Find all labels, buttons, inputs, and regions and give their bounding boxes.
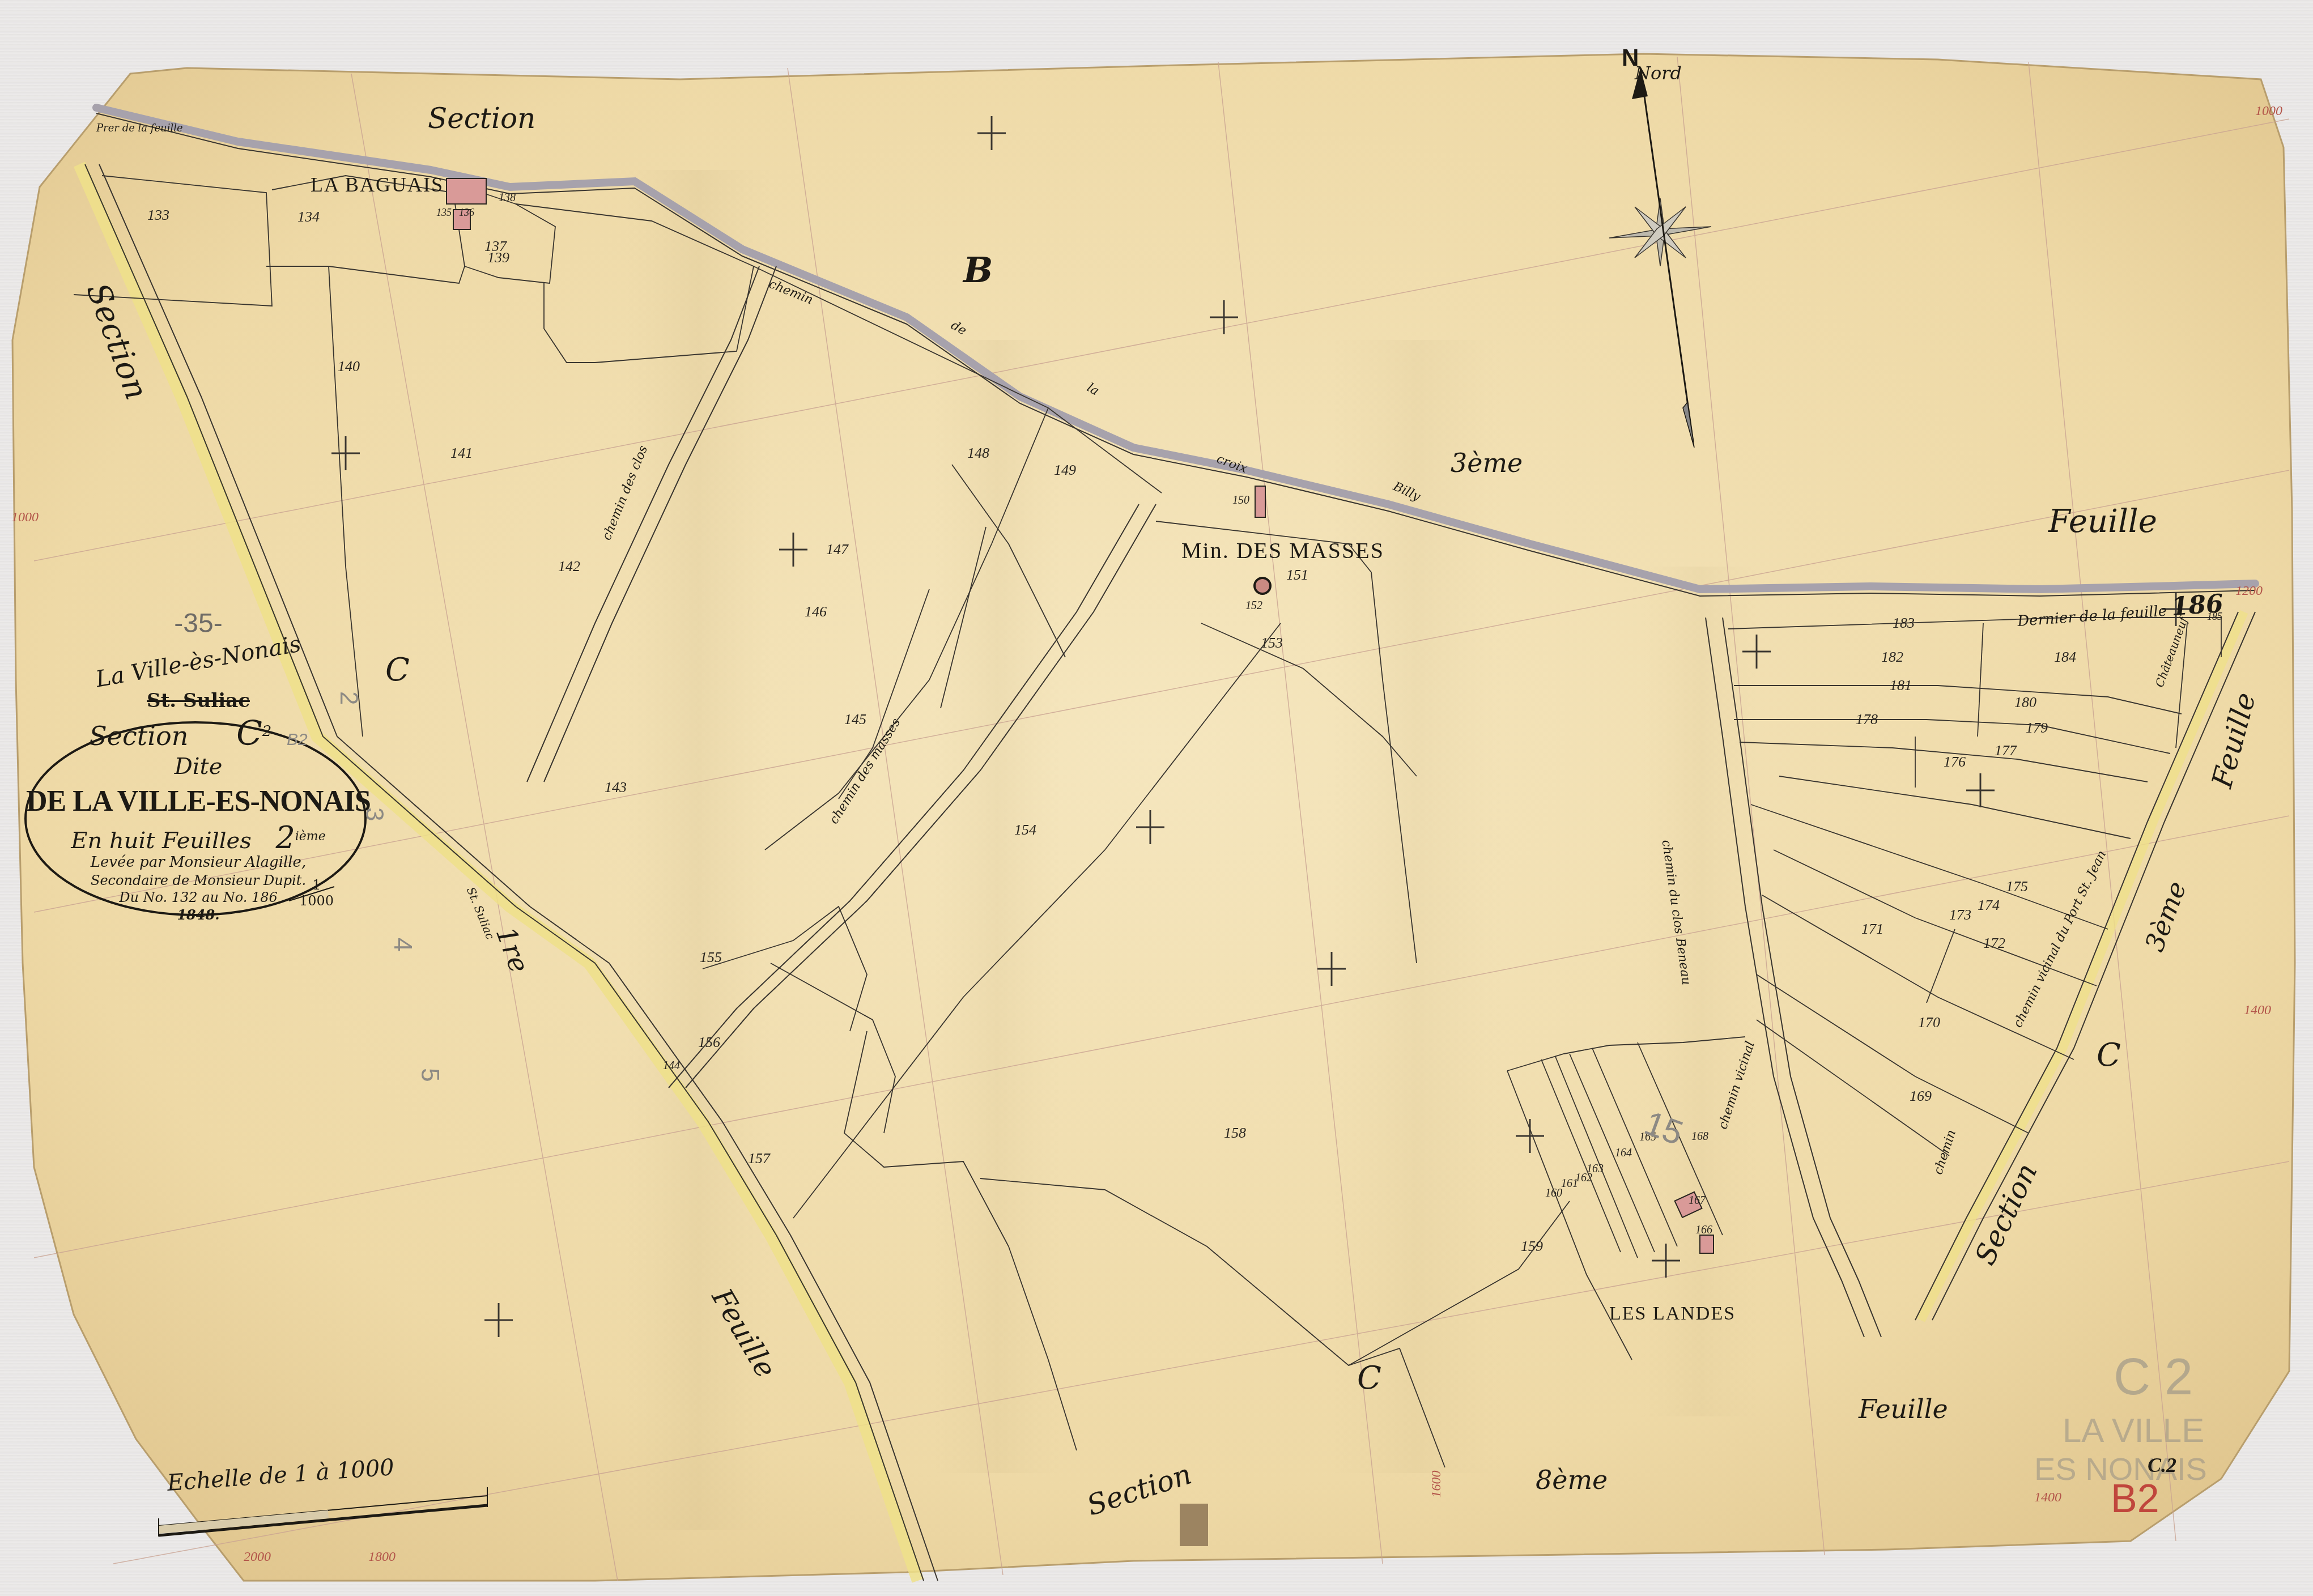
parcel-number: 177 bbox=[1995, 742, 2017, 759]
parcel-number: 148 bbox=[967, 445, 989, 462]
parcel-number: 150 bbox=[1232, 494, 1249, 507]
parcel-number: 179 bbox=[2026, 720, 2048, 737]
pencil-grid-2: 2 bbox=[334, 691, 363, 705]
grid-coord-bottom-mid-left: 1800 bbox=[368, 1550, 396, 1565]
parcel-number: 174 bbox=[1978, 897, 2000, 914]
grid-coord-bottom-right: 1400 bbox=[2034, 1490, 2061, 1505]
third-sheet-top: 3ème bbox=[1451, 448, 1523, 478]
parcel-number: 164 bbox=[1615, 1147, 1632, 1160]
parcel-number: 157 bbox=[748, 1150, 770, 1167]
pencil-grid-4: 4 bbox=[388, 938, 416, 951]
parcel-number: 136 bbox=[459, 207, 474, 219]
parcel-number: 171 bbox=[1861, 921, 1883, 938]
grid-coord-bottom-center: 1600 bbox=[1429, 1471, 1444, 1498]
grid-coord-right-mid: 1200 bbox=[2235, 584, 2263, 599]
place-la-baguais: LA BAGUAIS bbox=[311, 173, 444, 197]
parcel-number: 140 bbox=[338, 358, 360, 375]
pencil-corner-c2: C 2 bbox=[2114, 1348, 2193, 1407]
parcel-number: 176 bbox=[1944, 754, 1966, 771]
section-top: Section bbox=[428, 102, 535, 135]
commune-struck: St. Suliac bbox=[23, 690, 374, 712]
c-bottom: C bbox=[1357, 1360, 1381, 1397]
parcel-number: 152 bbox=[1245, 599, 1262, 612]
feuille-right-top: Feuille bbox=[2048, 503, 2157, 540]
grid-coord-right-lower: 1400 bbox=[2244, 1003, 2271, 1018]
grid-coord-left-mid: 1000 bbox=[11, 510, 39, 525]
section-letter-b: B bbox=[963, 249, 993, 291]
parcel-number: 151 bbox=[1286, 567, 1308, 584]
place-moulin-des-masses: Min. DES MASSES bbox=[1181, 537, 1384, 564]
windmill-icon bbox=[1255, 578, 1270, 594]
parcel-number: 156 bbox=[698, 1034, 720, 1051]
dite-label: Dite bbox=[23, 754, 374, 780]
surveyor-line: Levée par Monsieur Alagille, bbox=[23, 854, 374, 871]
parcel-number: 146 bbox=[805, 603, 827, 620]
parcel-number: 147 bbox=[826, 541, 848, 558]
parcel-number: 135 bbox=[436, 207, 452, 219]
tape-patch bbox=[1180, 1504, 1208, 1546]
parcel-number: 183 bbox=[1893, 615, 1915, 632]
parcel-number: 138 bbox=[499, 191, 516, 205]
parcel-number: 158 bbox=[1224, 1125, 1246, 1142]
parcel-number: 143 bbox=[605, 779, 627, 796]
parcel-number: 153 bbox=[1261, 635, 1283, 652]
parcel-number: 169 bbox=[1910, 1088, 1932, 1105]
parcel-number: 145 bbox=[844, 711, 866, 728]
parcel-number: 134 bbox=[297, 208, 320, 225]
parcel-number: 178 bbox=[1856, 711, 1878, 728]
section-letter: C bbox=[236, 714, 262, 754]
place-les-landes: LES LANDES bbox=[1609, 1303, 1736, 1325]
pencil-b2: B2 bbox=[287, 730, 308, 749]
compass-nord-label: Nord bbox=[1635, 62, 1682, 84]
parcel-number: 144 bbox=[663, 1059, 680, 1072]
parcel-number: 166 bbox=[1695, 1224, 1712, 1237]
grid-coord-bottom-left: 2000 bbox=[244, 1550, 271, 1565]
pencil-grid-5: 5 bbox=[415, 1068, 444, 1082]
parcel-number: 168 bbox=[1691, 1130, 1708, 1143]
c-left: C bbox=[385, 652, 410, 688]
parcel-number: 185 bbox=[2207, 611, 2222, 623]
parcel-number: 170 bbox=[1918, 1014, 1940, 1031]
parcel-number: 181 bbox=[1890, 677, 1912, 694]
parcel-number: 182 bbox=[1881, 649, 1903, 666]
parcel-number: 159 bbox=[1521, 1238, 1543, 1255]
red-crayon-b2: B2 bbox=[2111, 1476, 2159, 1521]
pencil-corner-la-ville: LA VILLE bbox=[2063, 1411, 2204, 1450]
stamp-c2: C.2 bbox=[2148, 1453, 2176, 1477]
scale-fraction: 1 1000 bbox=[299, 877, 334, 909]
parcel-number: 155 bbox=[700, 949, 722, 966]
cartouche: -35- La Ville-ès-Nonais St. Suliac Secti… bbox=[23, 592, 374, 921]
parcel-number: 149 bbox=[1054, 462, 1076, 479]
parcel-number: 160 bbox=[1545, 1187, 1562, 1200]
pencil-grid-3: 3 bbox=[360, 807, 388, 821]
parcel-number: 173 bbox=[1949, 906, 1971, 923]
grid-coord-top-right: 1000 bbox=[2255, 104, 2282, 119]
eighth-bottom: 8ème bbox=[1536, 1465, 1608, 1495]
sheet-line: En huit Feuilles 2ième bbox=[23, 820, 374, 856]
parcel-number: 172 bbox=[1983, 935, 2005, 952]
parcel-number: 184 bbox=[2054, 649, 2076, 666]
parcel-number: 163 bbox=[1587, 1163, 1604, 1176]
parcel-number: 142 bbox=[558, 558, 580, 575]
parcel-number: 141 bbox=[450, 445, 473, 462]
feuille-bottom: Feuille bbox=[1859, 1394, 1948, 1424]
section-label: Section C2 B2 bbox=[23, 714, 374, 754]
parcel-number: 133 bbox=[147, 207, 169, 224]
c-right: C bbox=[2097, 1037, 2121, 1074]
parcel-number: 175 bbox=[2006, 878, 2028, 895]
parcel-number: 180 bbox=[2014, 694, 2036, 711]
section-name: DE LA VILLE-ES-NONAIS bbox=[23, 785, 374, 818]
premier-de-la-feuille: Prer de la feuille bbox=[96, 122, 183, 134]
parcel-number: 154 bbox=[1014, 822, 1036, 839]
year: 1848. bbox=[23, 906, 374, 923]
parcel-number: 167 bbox=[1689, 1194, 1706, 1207]
parcel-number: 139 bbox=[487, 249, 509, 266]
